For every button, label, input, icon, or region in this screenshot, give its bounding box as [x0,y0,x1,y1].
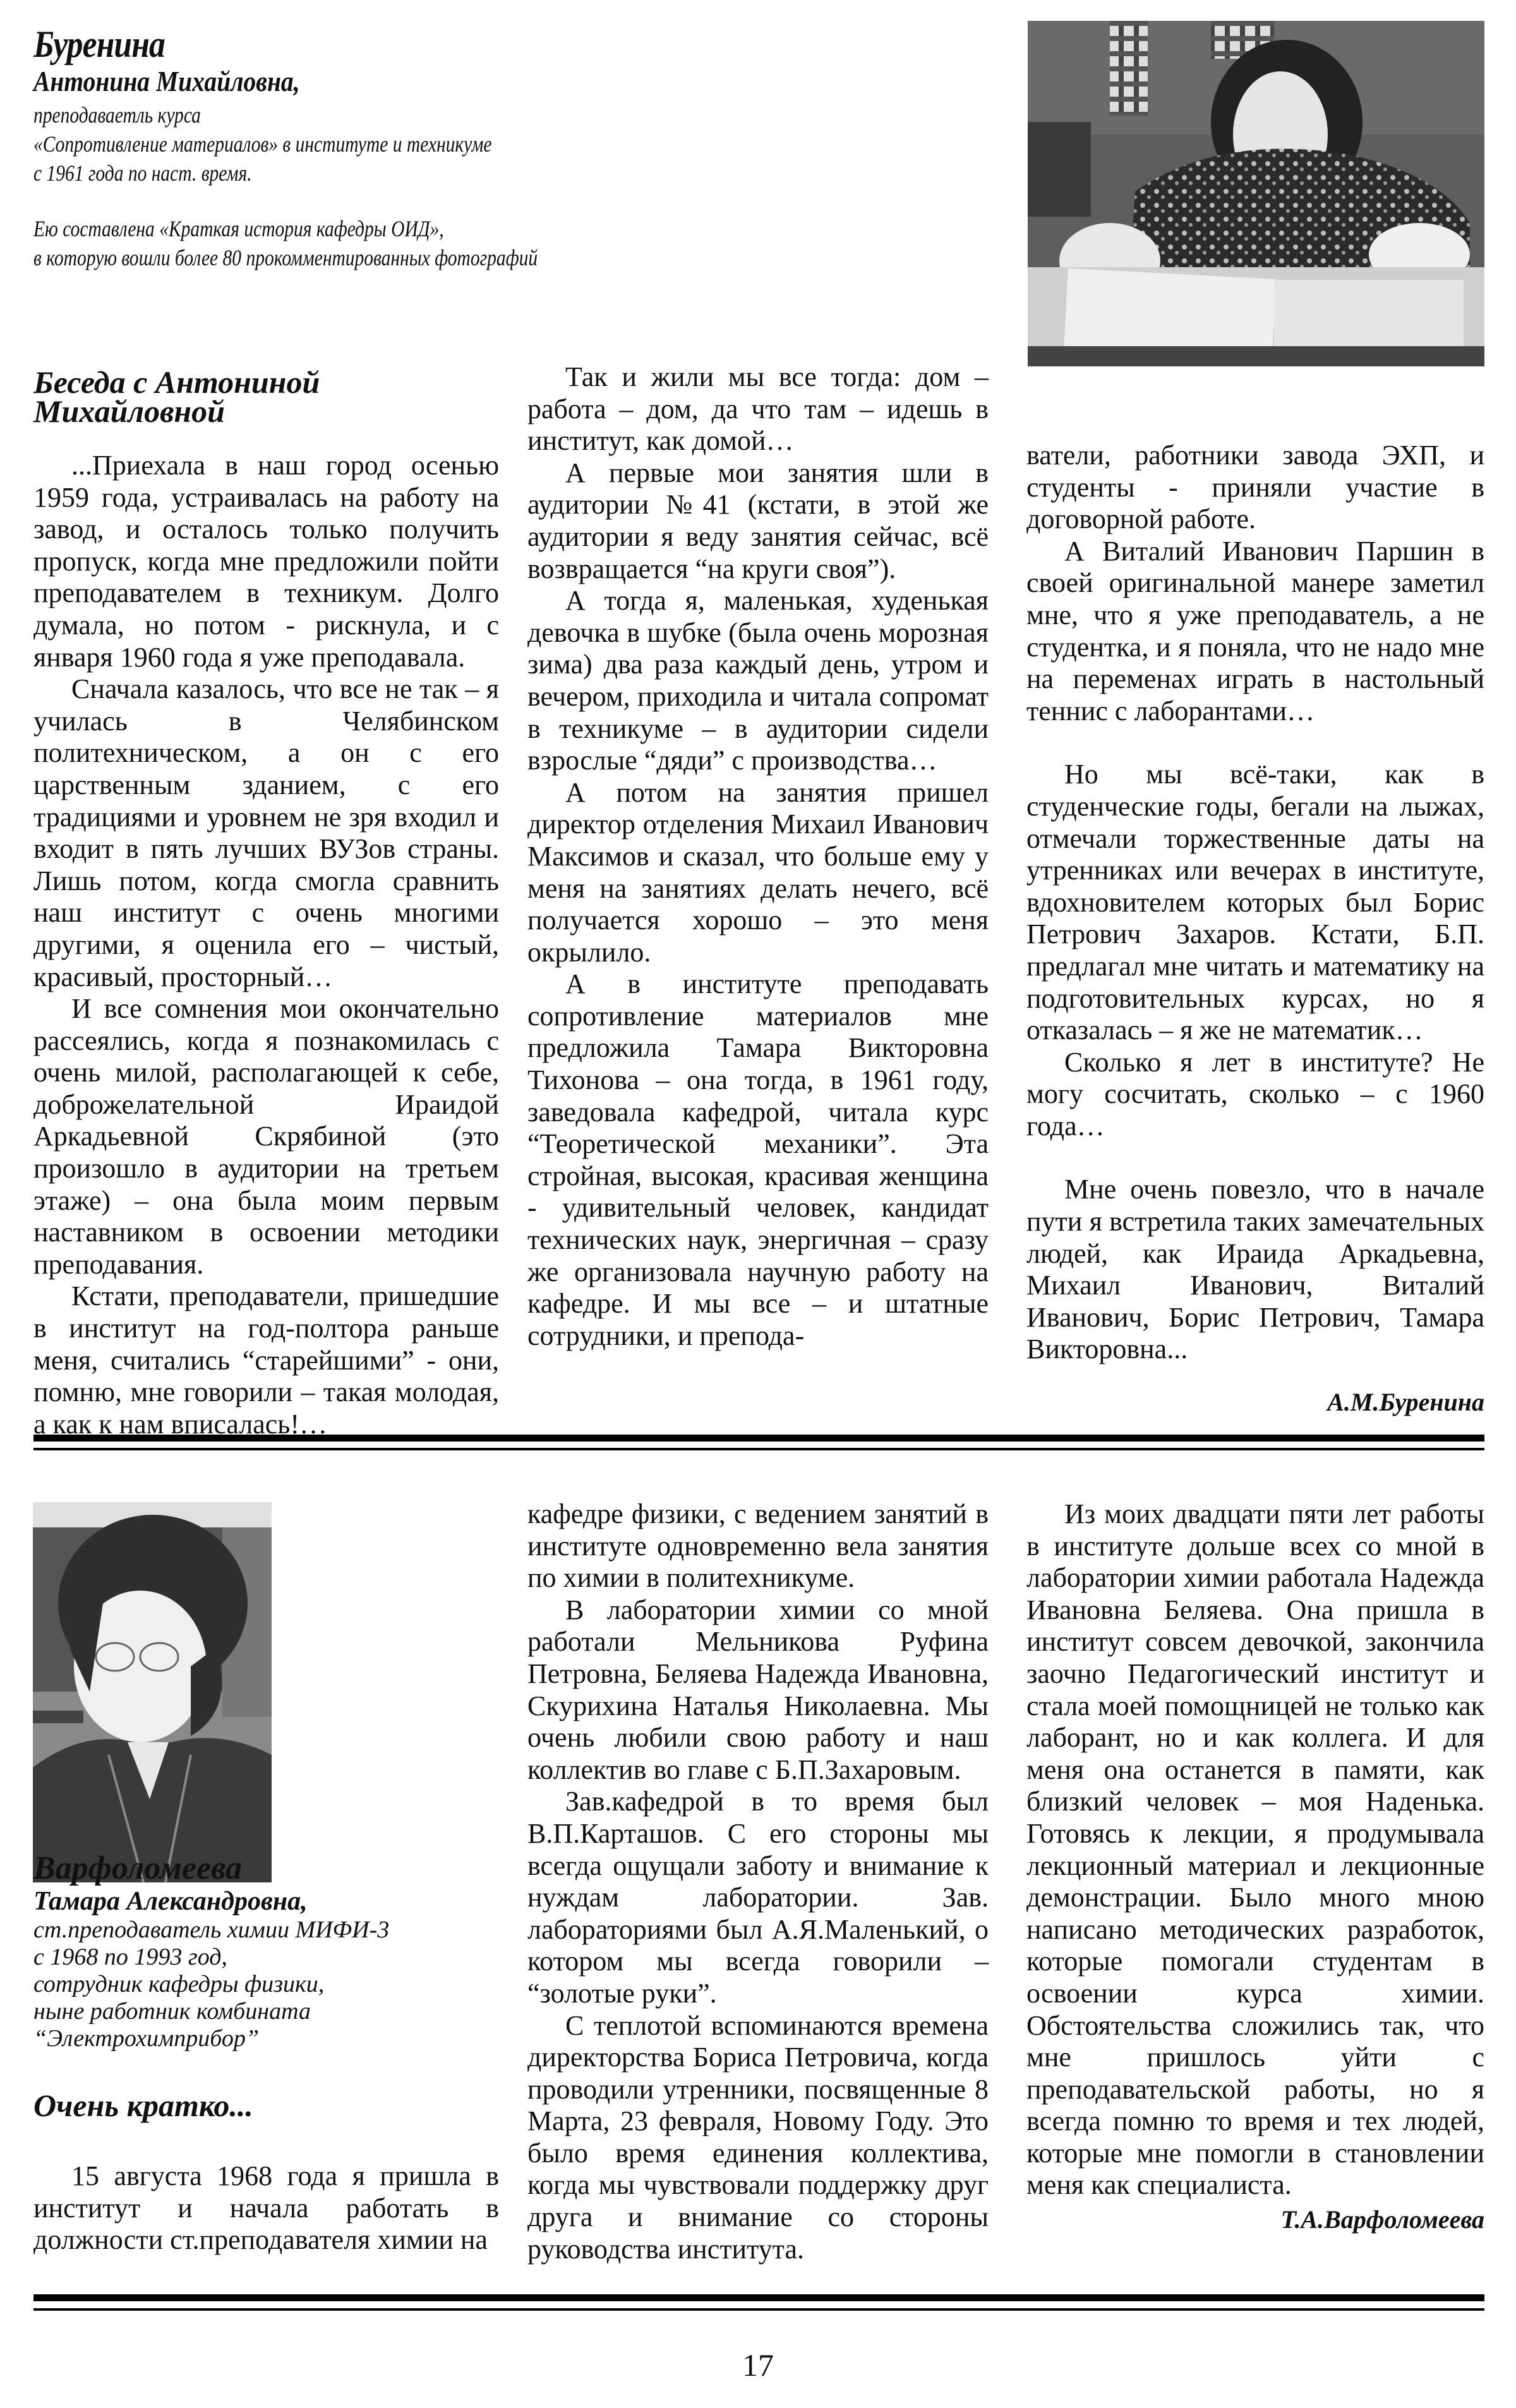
profile-note-line: Ею составлена «Краткая история кафедры О… [33,215,444,243]
profile-caption-line: “Электрохимприбор” [33,2025,501,2052]
photo-image-icon [33,1502,272,1882]
paragraph: А в институте преподавать сопротивление … [527,968,989,1352]
photo-image-icon [1028,21,1484,366]
paragraph: Но мы всё-таки, как в студенческие годы,… [1026,759,1484,1046]
profile-name: Антонина Михайловна, [33,66,300,97]
footer-divider-thin [33,2308,1484,2311]
profile-caption-bottom: Варфоломеева Тамара Александровна, ст.пр… [33,1851,501,2052]
paragraph: А тогда я, маленькая, худенькая девочка … [527,585,989,777]
paragraph: А Виталий Иванович Паршин в своей оригин… [1026,536,1484,728]
signature-bottom: Т.А.Варфоломеева [1026,2205,1484,2234]
profile-caption-line: «Сопротивление материалов» в институте и… [33,130,491,158]
section-divider-thick [33,1435,1484,1442]
portrait-photo-varfolomeeva [33,1502,272,1882]
paragraph-continuation: кафедре физики, с ведением занятий в инс… [527,1498,989,1594]
profile-caption-line: ст.преподаватель химии МИФИ-3 [33,1917,501,1944]
article-top-column-2: Так и жили мы все тогда: дом – работа – … [527,361,989,1352]
article-top-column-3: ватели, работники завода ЭХП, и студенты… [1026,440,1484,1366]
profile-caption-line: сотрудник кафедры физики, [33,1971,501,1998]
profile-caption-line: с 1961 года по наст. время. [33,159,252,187]
portrait-photo-buranina [1028,21,1484,366]
paragraph: Сколько я лет в институте? Не могу сосчи… [1026,1047,1484,1143]
profile-name: Тамара Александровна, [33,1886,501,1917]
article-bottom-column-1: 15 августа 1968 года я пришла в институт… [33,2160,499,2256]
paragraph: Так и жили мы все тогда: дом – работа – … [527,361,989,457]
page-number: 17 [733,2347,783,2383]
paragraph: В лаборатории химии со мной работали Мел… [527,1594,989,1786]
article-heading: Очень кратко... [33,2091,501,2120]
paragraph: Сначала казалось, что все не так – я учи… [33,673,499,993]
article-bottom-column-2: кафедре физики, с ведением занятий в инс… [527,1498,989,2265]
paragraph: 15 августа 1968 года я пришла в институт… [33,2160,499,2256]
paragraph: А первые мои занятия шли в аудитории №41… [527,457,989,585]
profile-caption-line: преподаваетль курса [33,101,201,129]
profile-caption-line: ныне работник комбината [33,1998,501,2025]
paragraph: С теплотой вспоминаются времена директор… [527,2010,989,2266]
article-heading: Беседа с Антониной Михайловной [33,368,501,426]
paragraph: Зав.кафедрой в то время был В.П.Карташов… [527,1786,989,2009]
signature-top: А.М.Буренина [1026,1387,1484,1417]
section-divider-thin [33,1448,1484,1450]
paragraph: А потом на занятия пришел директор отдел… [527,777,989,969]
paragraph: Из моих двадцати пяти лет работы в инсти… [1026,1498,1484,2201]
profile-surname: Варфоломеева [33,1851,501,1886]
paragraph: Мне очень повезло, что в начале пути я в… [1026,1174,1484,1366]
profile-caption-line: с 1968 по 1993 год, [33,1944,501,1971]
profile-surname: Буренина [33,24,165,64]
article-top-column-1: ...Приехала в наш город осенью 1959 года… [33,450,499,1440]
paragraph-continuation: ватели, работники завода ЭХП, и студенты… [1026,440,1484,536]
paragraph: И все сомнения мои окончательно рассеяли… [33,993,499,1280]
paragraph: ...Приехала в наш город осенью 1959 года… [33,450,499,673]
paragraph: Кстати, преподаватели, пришедшие в инсти… [33,1280,499,1440]
article-bottom-column-3: Из моих двадцати пяти лет работы в инсти… [1026,1498,1484,2201]
footer-divider-thick [33,2294,1484,2301]
profile-note-line: в которую вошли более 80 прокомментирова… [33,244,538,272]
